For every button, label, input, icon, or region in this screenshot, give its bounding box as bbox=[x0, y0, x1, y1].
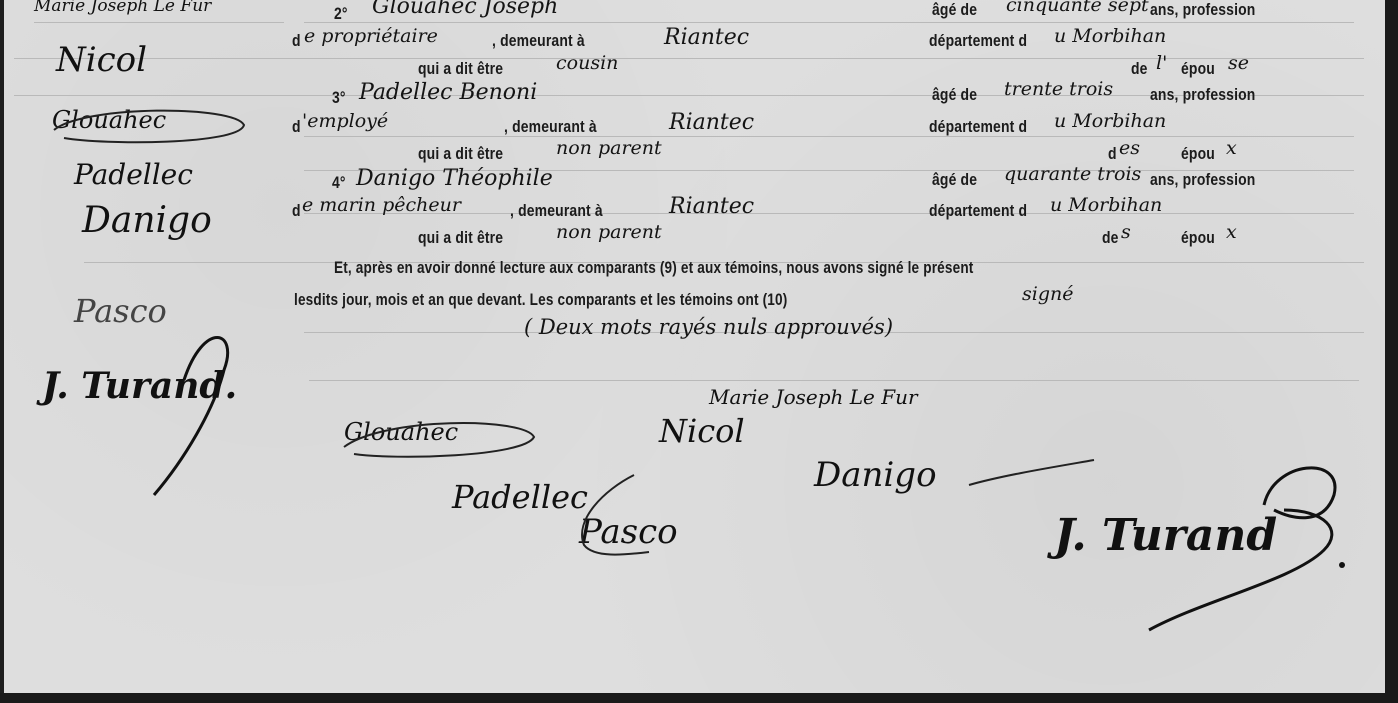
witness-3-residence-label: , demeurant à bbox=[504, 117, 597, 137]
bottom-signature-le-fur: Marie Joseph Le Fur bbox=[709, 385, 918, 409]
bottom-signature-padellec: Padellec bbox=[452, 478, 588, 516]
witness-2-spouse-suffix: se bbox=[1228, 52, 1249, 74]
witness-3-spouse-label: épou bbox=[1181, 144, 1215, 164]
witness-4-profession-prefix: d bbox=[292, 201, 301, 221]
witness-4-residence-label: , demeurant à bbox=[510, 201, 603, 221]
bottom-signature-danigo: Danigo bbox=[814, 455, 937, 495]
margin-signature-nicol: Nicol bbox=[56, 40, 147, 80]
witness-2-spouse-article: l' bbox=[1156, 52, 1167, 74]
signature-flourish-icon bbox=[964, 455, 1104, 495]
witness-3-relation-label: qui a dit être bbox=[418, 144, 503, 164]
witness-4-age-suffix: ans, profession bbox=[1150, 170, 1255, 190]
witness-4-department: u Morbihan bbox=[1050, 194, 1162, 216]
bottom-signature-turand: J. Turand bbox=[1054, 510, 1277, 561]
witness-3-spouse-article: es bbox=[1119, 137, 1140, 159]
rule-line bbox=[304, 22, 1354, 23]
witness-2-department-label: département d bbox=[929, 31, 1027, 51]
rule-line bbox=[304, 213, 1354, 214]
closing-line-1: Et, après en avoir donné lecture aux com… bbox=[334, 258, 973, 278]
closing-signed-word: signé bbox=[1022, 283, 1073, 305]
bottom-signature-nicol: Nicol bbox=[659, 412, 745, 450]
witness-2-relation-label: qui a dit être bbox=[418, 59, 503, 79]
margin-signature-glouahec: Glouahec bbox=[52, 106, 166, 134]
witness-3-name: Padellec Benoni bbox=[359, 80, 537, 105]
bottom-signature-glouahec: Glouahec bbox=[344, 418, 458, 446]
witness-2-age-label: âgé de bbox=[932, 0, 977, 20]
witness-3-age-label: âgé de bbox=[932, 85, 977, 105]
witness-3-department-label: département d bbox=[929, 117, 1027, 137]
witness-4-number: 4° bbox=[332, 173, 346, 193]
margin-signature-pasco: Pasco bbox=[74, 292, 167, 330]
witness-2-residence: Riantec bbox=[664, 25, 749, 50]
crossed-words-annotation: ( Deux mots rayés nuls approuvés) bbox=[524, 315, 893, 339]
witness-2-age-suffix: ans, profession bbox=[1150, 0, 1255, 20]
witness-4-profession: e marin pêcheur bbox=[302, 194, 461, 216]
rule-line bbox=[34, 22, 284, 23]
witness-2-spouse-label: épou bbox=[1181, 59, 1215, 79]
witness-2-number: 2° bbox=[334, 4, 348, 24]
witness-4-spouse-label: épou bbox=[1181, 228, 1215, 248]
witness-4-spouse-suffix: x bbox=[1226, 221, 1237, 243]
witness-4-residence: Riantec bbox=[669, 194, 754, 219]
witness-3-age-suffix: ans, profession bbox=[1150, 85, 1255, 105]
witness-3-relation: non parent bbox=[556, 137, 662, 159]
witness-2-name: Glouahec Joseph bbox=[372, 0, 558, 19]
witness-4-name: Danigo Théophile bbox=[356, 166, 553, 191]
witness-3-residence: Riantec bbox=[669, 110, 754, 135]
margin-signature-danigo: Danigo bbox=[82, 200, 212, 241]
witness-3-spouse-suffix: x bbox=[1226, 137, 1237, 159]
witness-2-department: u Morbihan bbox=[1054, 25, 1166, 47]
margin-signature-turand: J. Turand. bbox=[42, 365, 237, 407]
witness-4-spouse-prefix: de bbox=[1102, 228, 1119, 248]
witness-4-age: quarante trois bbox=[1004, 163, 1141, 185]
bottom-signature-pasco: Pasco bbox=[579, 512, 678, 552]
witness-3-department: u Morbihan bbox=[1054, 110, 1166, 132]
witness-4-spouse-article: s bbox=[1121, 221, 1131, 243]
rule-line bbox=[309, 380, 1359, 381]
witness-3-age: trente trois bbox=[1004, 78, 1113, 100]
witness-3-profession-prefix: d bbox=[292, 117, 301, 137]
witness-3-profession: 'employé bbox=[302, 110, 388, 132]
witness-2-profession-prefix: d bbox=[292, 31, 301, 51]
closing-line-2: lesdits jour, mois et an que devant. Les… bbox=[294, 290, 787, 310]
witness-2-profession: e propriétaire bbox=[304, 25, 438, 47]
witness-4-department-label: département d bbox=[929, 201, 1027, 221]
witness-2-relation: cousin bbox=[556, 52, 618, 74]
witness-2-spouse-prefix: de bbox=[1131, 59, 1148, 79]
witness-4-relation: non parent bbox=[556, 221, 662, 243]
rule-line bbox=[304, 136, 1354, 137]
witness-4-relation-label: qui a dit être bbox=[418, 228, 503, 248]
margin-signature-le-fur: Marie Joseph Le Fur bbox=[34, 0, 211, 16]
margin-signature-padellec: Padellec bbox=[74, 158, 193, 191]
witness-2-age: cinquante sept bbox=[1006, 0, 1149, 16]
register-page: Marie Joseph Le Fur Nicol Glouahec Padel… bbox=[0, 0, 1385, 693]
witness-4-age-label: âgé de bbox=[932, 170, 977, 190]
witness-3-spouse-prefix: d bbox=[1108, 144, 1117, 164]
witness-3-number: 3° bbox=[332, 88, 346, 108]
witness-2-residence-label: , demeurant à bbox=[492, 31, 585, 51]
